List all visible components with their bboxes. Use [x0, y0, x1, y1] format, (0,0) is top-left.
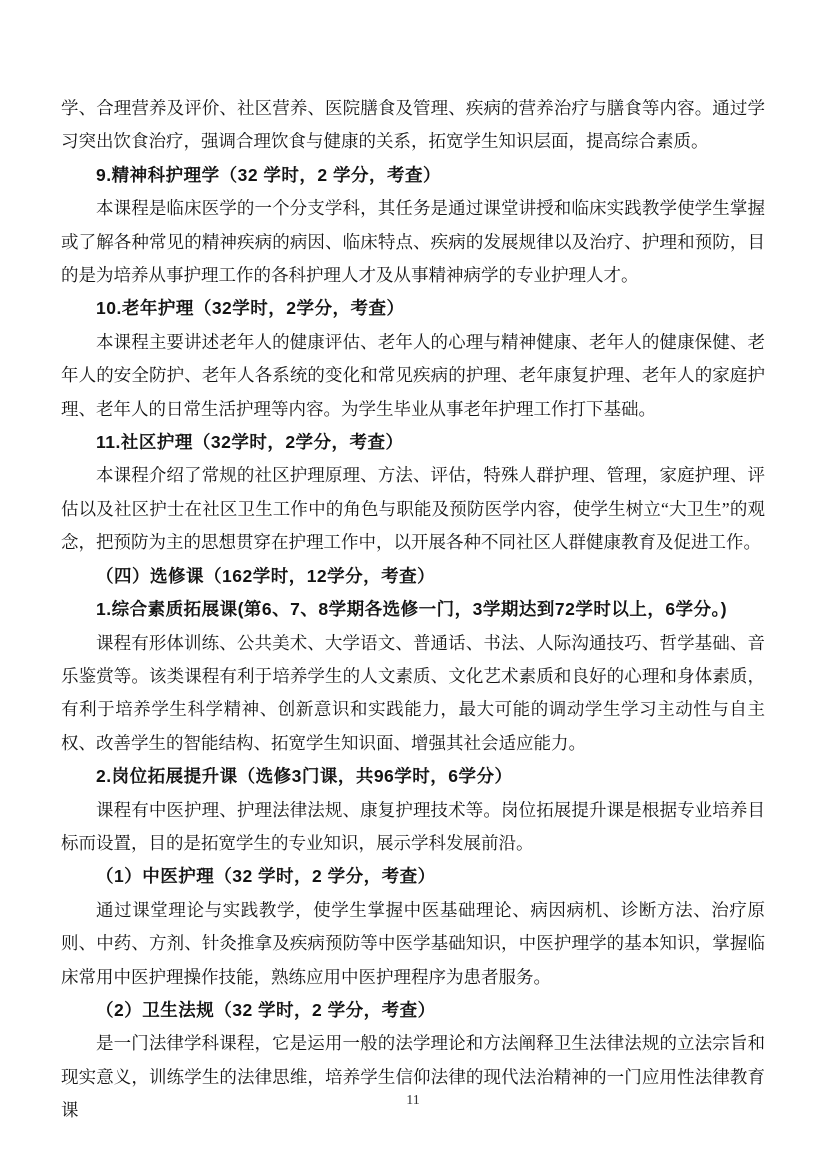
heading-comprehensive-quality-expansion: 1.综合素质拓展课(第6、7、8学期各选修一门，3学期达到72学时以上，6学分。… [61, 593, 765, 626]
document-page: 学、合理营养及评价、社区营养、医院膳食及管理、疾病的营养治疗与膳食等内容。通过学… [0, 0, 826, 1169]
paragraph-health-regulations: 是一门法律学科课程，它是运用一般的法学理论和方法阐释卫生法律法规的立法宗旨和现实… [61, 1027, 765, 1127]
paragraph-post-expansion-improvement: 课程有中医护理、护理法律法规、康复护理技术等。岗位拓展提升课是根据专业培养目标而… [61, 794, 765, 861]
heading-geriatric-nursing: 10.老年护理（32学时，2学分，考查） [61, 292, 765, 325]
paragraph-geriatric-nursing: 本课程主要讲述老年人的健康评估、老年人的心理与精神健康、老年人的健康保健、老年人… [61, 326, 765, 426]
paragraph-community-nursing: 本课程介绍了常规的社区护理原理、方法、评估，特殊人群护理、管理，家庭护理、评估以… [61, 459, 765, 559]
heading-community-nursing: 11.社区护理（32学时，2学分，考查） [61, 426, 765, 459]
paragraph-comprehensive-quality-expansion: 课程有形体训练、公共美术、大学语文、普通话、书法、人际沟通技巧、哲学基础、音乐鉴… [61, 627, 765, 761]
page-number: 11 [0, 1093, 826, 1109]
heading-health-regulations: （2）卫生法规（32 学时，2 学分，考查） [61, 994, 765, 1027]
paragraph-diet-nutrition-continuation: 学、合理营养及评价、社区营养、医院膳食及管理、疾病的营养治疗与膳食等内容。通过学… [61, 92, 765, 159]
paragraph-tcm-nursing: 通过课堂理论与实践教学，使学生掌握中医基础理论、病因病机、诊断方法、治疗原则、中… [61, 894, 765, 994]
document-body: 学、合理营养及评价、社区营养、医院膳食及管理、疾病的营养治疗与膳食等内容。通过学… [61, 92, 765, 1128]
heading-psychiatric-nursing: 9.精神科护理学（32 学时，2 学分，考查） [61, 159, 765, 192]
heading-elective-courses: （四）选修课（162学时，12学分，考查） [61, 560, 765, 593]
heading-tcm-nursing: （1）中医护理（32 学时，2 学分，考查） [61, 860, 765, 893]
paragraph-psychiatric-nursing: 本课程是临床医学的一个分支学科，其任务是通过课堂讲授和临床实践教学使学生掌握或了… [61, 192, 765, 292]
heading-post-expansion-improvement: 2.岗位拓展提升课（选修3门课，共96学时，6学分） [61, 760, 765, 793]
